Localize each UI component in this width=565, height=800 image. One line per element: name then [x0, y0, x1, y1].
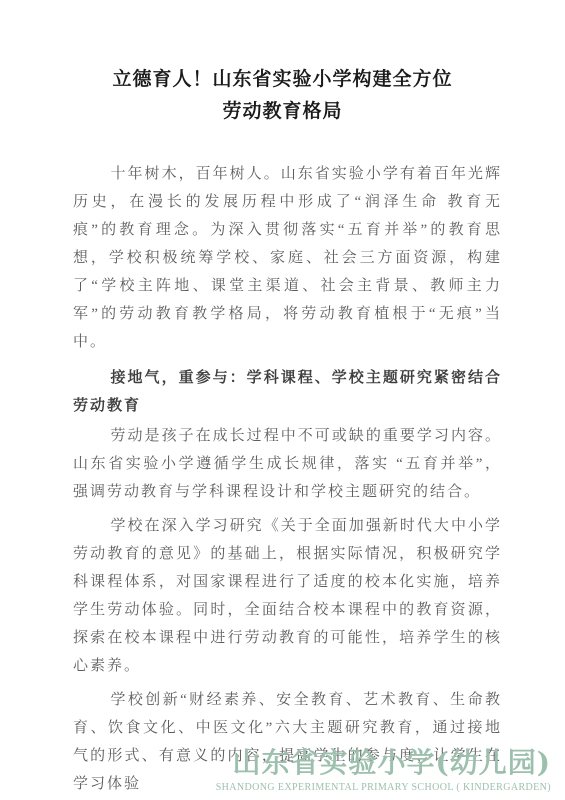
section-subheading: 接地气，重参与：学科课程、学校主题研究紧密结合劳动教育	[73, 364, 502, 420]
paragraph-intro: 十年树木，百年树人。山东省实验小学有着百年光辉历史，在漫长的发展历程中形成了“润…	[73, 160, 502, 356]
paragraph-labor-importance: 劳动是孩子在成长过程中不可或缺的重要学习内容。山东省实验小学遵循学生成长规律，落…	[73, 422, 502, 506]
school-name-chinese: 山东省实验小学(幼儿园)	[216, 745, 551, 781]
footer-logo: 山东省实验小学(幼儿园) SHANDONG EXPERIMENTAL PRIMA…	[216, 745, 551, 794]
document-page: 立德育人！山东省实验小学构建全方位 劳动教育格局 十年树木，百年树人。山东省实验…	[0, 0, 565, 800]
article-title-line2: 劳动教育格局	[222, 101, 342, 122]
article-title: 立德育人！山东省实验小学构建全方位 劳动教育格局	[70, 64, 495, 128]
school-name-english: SHANDONG EXPERIMENTAL PRIMARY SCHOOL ( K…	[216, 781, 551, 794]
paragraph-curriculum-research: 学校在深入学习研究《关于全面加强新时代大中小学劳动教育的意见》的基础上，根据实际…	[73, 512, 502, 680]
article-body: 十年树木，百年树人。山东省实验小学有着百年光辉历史，在漫长的发展历程中形成了“润…	[73, 160, 502, 798]
article-title-line1: 立德育人！山东省实验小学构建全方位	[112, 69, 452, 90]
